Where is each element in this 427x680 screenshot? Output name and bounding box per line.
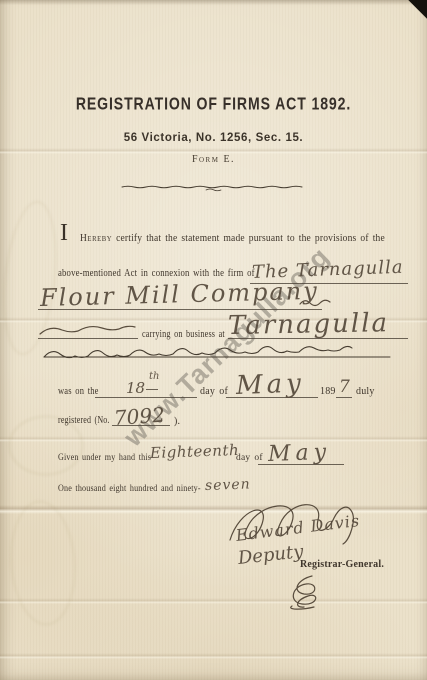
hereby-word: Hereby [80,233,112,244]
year-printed: 189 [320,386,336,397]
certify-text: certify that the statement made pursuant… [116,233,385,244]
form-label: Form E. [0,154,427,165]
firm-of-line: above-mentioned Act in connexion with th… [58,268,255,279]
fill-in-rule [258,464,344,465]
header-wavy-rule [120,182,306,192]
business-place: Tarnagulla [228,308,390,341]
given-month: May [268,440,332,467]
year-digit: 7 [339,377,350,397]
was-on-the-label: was on the [58,386,99,397]
paper-crease [0,653,427,659]
fill-in-rule [336,397,352,398]
day-suffix: th [149,371,159,382]
dropcap-i: I [60,220,68,247]
fill-in-rule [38,338,138,339]
given-day-of-label: day of [236,453,263,463]
registered-label: registered (No. [58,415,110,426]
year-words-label: One thousand eight hundred and ninety- [58,484,201,494]
given-under-hand-label: Given under my hand this [58,453,151,463]
signature-monogram [284,572,330,610]
statute-line: 56 Victoria, No. 1256, Sec. 15. [0,132,427,144]
duly-label: duly [356,386,375,397]
document-page: www.Tarnagulla.org REGISTRATION OF FIRMS… [0,0,427,680]
trailing-squiggle [298,296,336,308]
day-number: 18 [126,379,145,397]
filler-squiggle [38,324,140,338]
firm-name-line-2: Flour Mill Company [40,277,319,312]
long-wavy-rule [42,346,392,362]
registrar-general-label: Registrar-General. [300,559,384,570]
page-corner-fold [401,0,427,24]
day-of-label: day of [200,386,228,397]
paper-crease [0,598,427,604]
month-value: May [235,369,305,401]
fill-in-rule [95,397,197,398]
document-title: REGISTRATION OF FIRMS ACT 1892. [26,95,402,115]
fill-in-rule [112,425,170,426]
certify-line: Hereby certify that the statement made p… [80,233,385,244]
year-words-handwritten: seven [205,476,251,494]
show-through-mark [6,498,81,628]
fill-in-rule [228,338,408,339]
registered-close: ). [174,416,180,427]
carrying-on-business-label: carrying on business at [142,329,225,340]
suffix-tick [146,389,158,390]
given-day: Eighteenth [150,441,240,462]
